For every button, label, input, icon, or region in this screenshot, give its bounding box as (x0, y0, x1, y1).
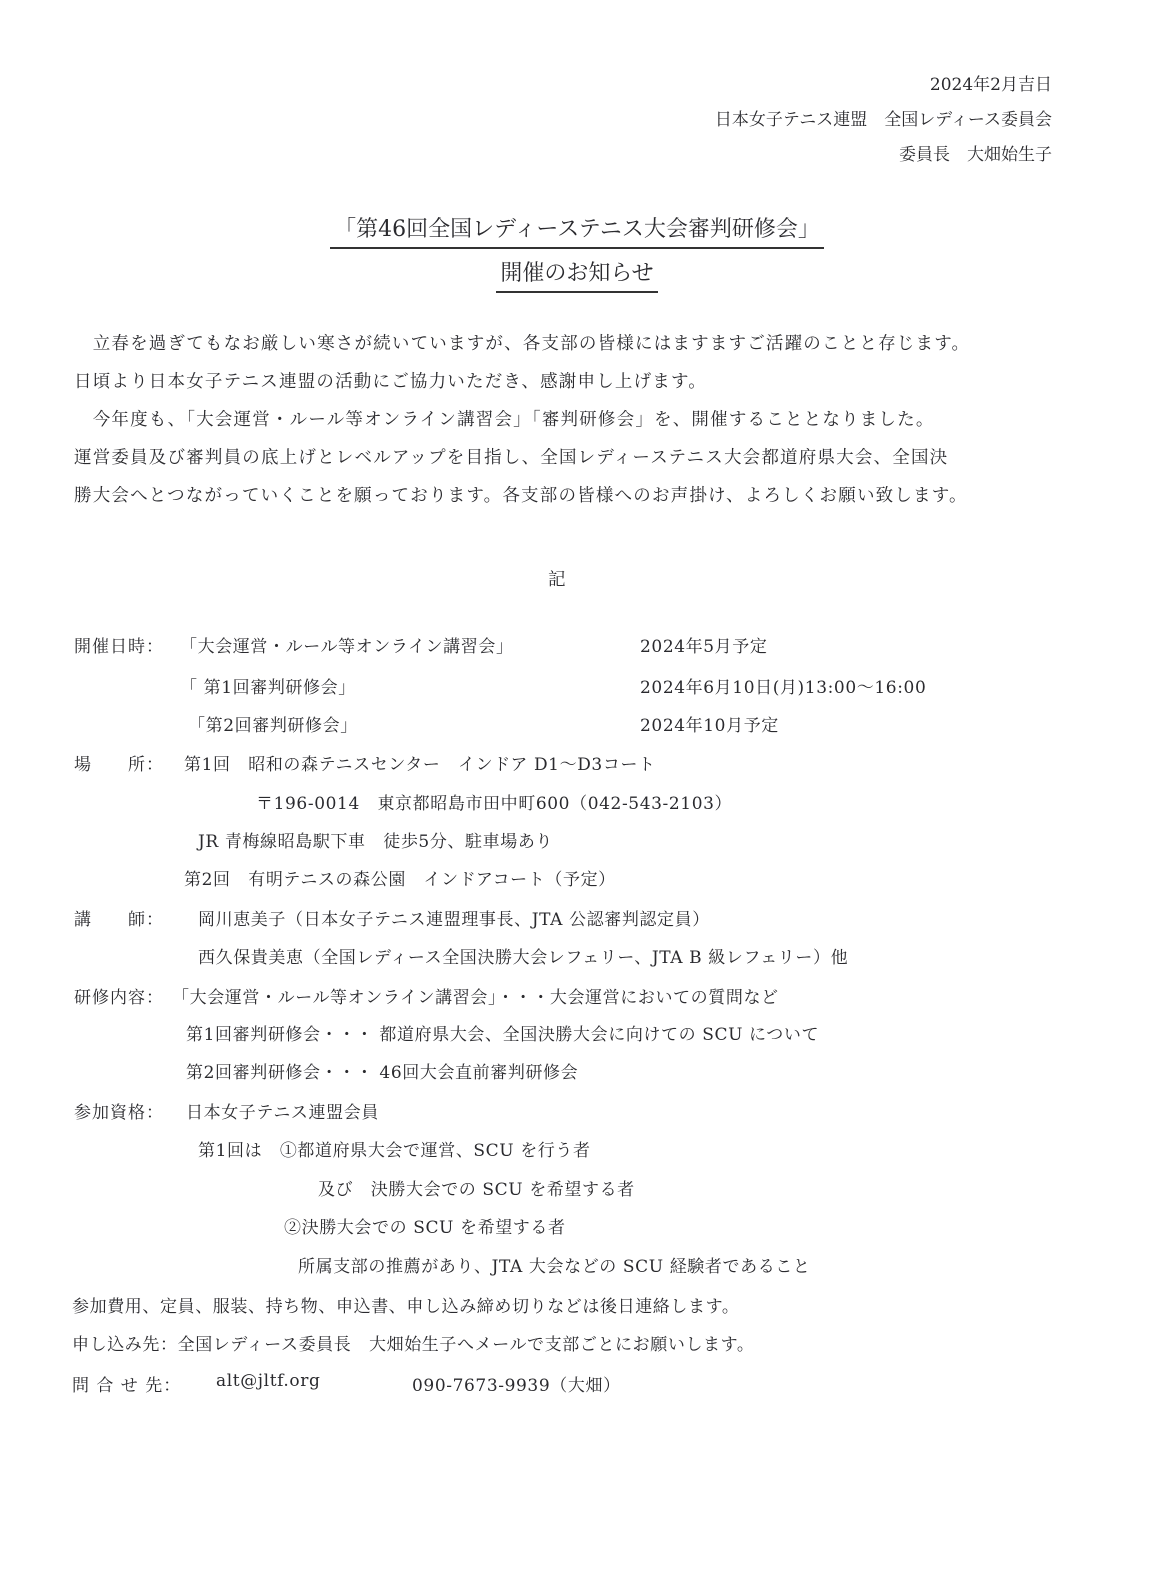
venue-line: 第2回 有明テニスの森公園 インドアコート（予定） (184, 865, 616, 890)
eligibility-line: ②決勝大会での SCU を希望する者 (284, 1213, 566, 1238)
notes-fees: 参加費用、定員、服装、持ち物、申込書、申し込み締め切りなどは後日連絡します。 (72, 1292, 739, 1317)
signatory: 委員長 大畑始生子 (899, 140, 1052, 165)
document-subtitle: 開催のお知らせ (0, 256, 1154, 293)
intro-line: 立春を過ぎてもなお厳しい寒さが続いていますが、各支部の皆様にはますますご活躍のこ… (74, 330, 970, 355)
issuing-organization: 日本女子テニス連盟 全国レディース委員会 (715, 105, 1052, 130)
notes-apply: 申し込み先：全国レディース委員長 大畑始生子へメールで支部ごとにお願いします。 (72, 1330, 755, 1355)
contact-phone: 090-7673-9939（大畑） (412, 1371, 621, 1396)
schedule-event: 「 第1回審判研修会」 (180, 673, 356, 698)
ki-heading: 記 (548, 566, 567, 591)
venue-access: JR 青梅線昭島駅下車 徒歩5分、駐車場あり (198, 827, 553, 852)
content-label: 研修内容： (74, 983, 164, 1008)
schedule-event: 「大会運営・ルール等オンライン講習会」 (180, 632, 514, 657)
contact-email[interactable]: alt@jltf.org (216, 1371, 320, 1391)
venue-line: 第1回 昭和の森テニスセンター インドア D1～D3コート (184, 750, 656, 775)
eligibility-label: 参加資格： (74, 1098, 164, 1123)
title-line-2: 開催のお知らせ (496, 256, 657, 293)
schedule-label: 開催日時： (74, 632, 164, 657)
content-line: 「大会運営・ルール等オンライン講習会」・・・大会運営においての質問など (172, 983, 779, 1008)
eligibility-line: 日本女子テニス連盟会員 (186, 1098, 379, 1123)
instructor: 岡川恵美子（日本女子テニス連盟理事長、JTA 公認審判認定員） (198, 905, 710, 930)
instructor: 西久保貴美恵（全国レディース全国決勝大会レフェリー、JTA B 級レフェリー）他 (198, 943, 848, 968)
intro-line: 勝大会へとつながっていくことを願っております。各支部の皆様へのお声掛け、よろしく… (74, 482, 968, 507)
intro-line: 日頃より日本女子テニス連盟の活動にご協力いただき、感謝申し上げます。 (74, 368, 707, 393)
contact-label: 問 合 せ 先： (72, 1371, 181, 1396)
eligibility-line: 所属支部の推薦があり、JTA 大会などの SCU 経験者であること (298, 1252, 811, 1277)
schedule-event: 「第2回審判研修会」 (188, 711, 358, 736)
schedule-date: 2024年10月予定 (640, 711, 779, 736)
instructors-label: 講 師： (74, 905, 164, 930)
document-date: 2024年2月吉日 (930, 70, 1052, 95)
venue-address: 〒196-0014 東京都昭島市田中町600（042-543-2103） (256, 789, 732, 814)
schedule-date: 2024年6月10日(月)13:00～16:00 (640, 673, 926, 698)
content-line: 第2回審判研修会・・・ 46回大会直前審判研修会 (186, 1058, 578, 1083)
title-line-1: 「第46回全国レディーステニス大会審判研修会」 (330, 212, 824, 249)
venue-label: 場 所： (74, 750, 164, 775)
content-line: 第1回審判研修会・・・ 都道府県大会、全国決勝大会に向けての SCU について (186, 1020, 819, 1045)
schedule-date: 2024年5月予定 (640, 632, 767, 657)
eligibility-line: 第1回は ①都道府県大会で運営、SCU を行う者 (198, 1136, 591, 1161)
intro-line: 運営委員及び審判員の底上げとレベルアップを目指し、全国レディーステニス大会都道府… (74, 444, 948, 469)
intro-line: 今年度も、「大会運営・ルール等オンライン講習会」「審判研修会」を、開催することと… (74, 406, 935, 431)
document-title: 「第46回全国レディーステニス大会審判研修会」 (0, 212, 1154, 249)
eligibility-line: 及び 決勝大会での SCU を希望する者 (318, 1175, 635, 1200)
